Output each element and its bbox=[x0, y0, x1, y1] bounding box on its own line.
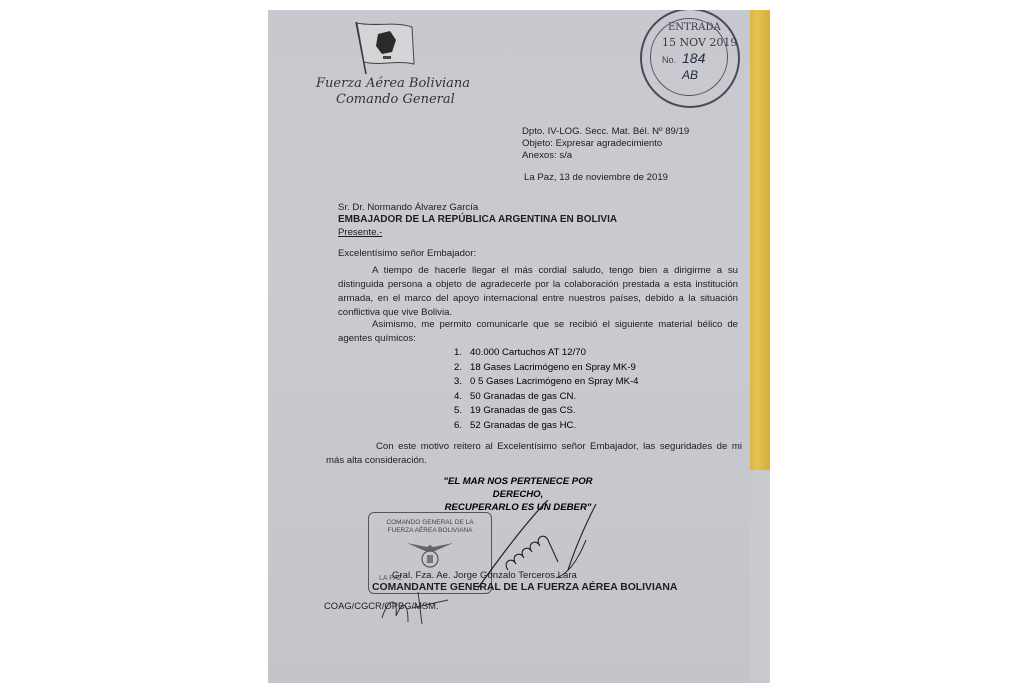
list-item: 3.0 5 Gases Lacrimógeno en Spray MK-4 bbox=[454, 375, 639, 390]
list-item: 1.40.000 Cartuchos AT 12/70 bbox=[454, 346, 639, 361]
recipient-name: Sr. Dr. Normando Álvarez García bbox=[338, 202, 478, 213]
list-item: 5.19 Granadas de gas CS. bbox=[454, 404, 639, 419]
place-date: La Paz, 13 de noviembre de 2019 bbox=[524, 172, 668, 184]
recipient-title: EMBAJADOR DE LA REPÚBLICA ARGENTINA EN B… bbox=[338, 214, 617, 225]
letterhead-org: Fuerza Aérea Boliviana bbox=[316, 76, 470, 91]
signatory-name: Gral. Fza. Ae. Jorge Gonzalo Terceros La… bbox=[392, 570, 577, 581]
paragraph-material: Asimismo, me permito comunicarle que se … bbox=[338, 318, 738, 346]
list-item: 2.18 Gases Lacrimógeno en Spray MK-9 bbox=[454, 361, 639, 376]
document-photo: Fuerza Aérea Boliviana Comando General E… bbox=[268, 10, 770, 683]
initials-scribble bbox=[378, 588, 458, 628]
reference-annexes: Anexos: s/a bbox=[522, 150, 572, 162]
air-force-wings-icon bbox=[405, 537, 455, 571]
stamp-date: 15 NOV 2019 bbox=[662, 36, 737, 49]
stamp-entrada: ENTRADA bbox=[668, 22, 721, 33]
stamp-no-label: No. bbox=[662, 55, 676, 65]
paragraph-thanks: A tiempo de hacerle llegar el más cordia… bbox=[338, 264, 738, 320]
presente: Presente.- bbox=[338, 227, 382, 238]
salutation: Excelentísimo señor Embajador: bbox=[338, 248, 476, 259]
stamp-number: 184 bbox=[682, 50, 705, 66]
list-item: 6.52 Granadas de gas HC. bbox=[454, 419, 639, 434]
reference-object: Objeto: Expresar agradecimiento bbox=[522, 138, 662, 150]
stamp-initials: AB bbox=[682, 68, 698, 82]
paragraph-closing: Con este motivo reitero al Excelentísimo… bbox=[326, 440, 742, 468]
list-item: 4.50 Granadas de gas CN. bbox=[454, 390, 639, 405]
motto-line1: "EL MAR NOS PERTENECE POR DERECHO, bbox=[418, 475, 618, 501]
material-list: 1.40.000 Cartuchos AT 12/70 2.18 Gases L… bbox=[454, 346, 639, 434]
yellow-background-strip bbox=[748, 10, 770, 470]
seal-text: COMANDO GENERAL DE LA FUERZA AÉREA BOLIV… bbox=[383, 519, 477, 535]
letter-paper: Fuerza Aérea Boliviana Comando General E… bbox=[268, 10, 750, 683]
reference-dept: Dpto. IV-LOG. Secc. Mat. Bél. Nº 89/19 bbox=[522, 126, 689, 138]
embassy-entry-stamp: ENTRADA 15 NOV 2019 No. 184 AB bbox=[640, 10, 740, 108]
flag-emblem-icon bbox=[350, 18, 420, 76]
letterhead-command: Comando General bbox=[336, 92, 455, 107]
